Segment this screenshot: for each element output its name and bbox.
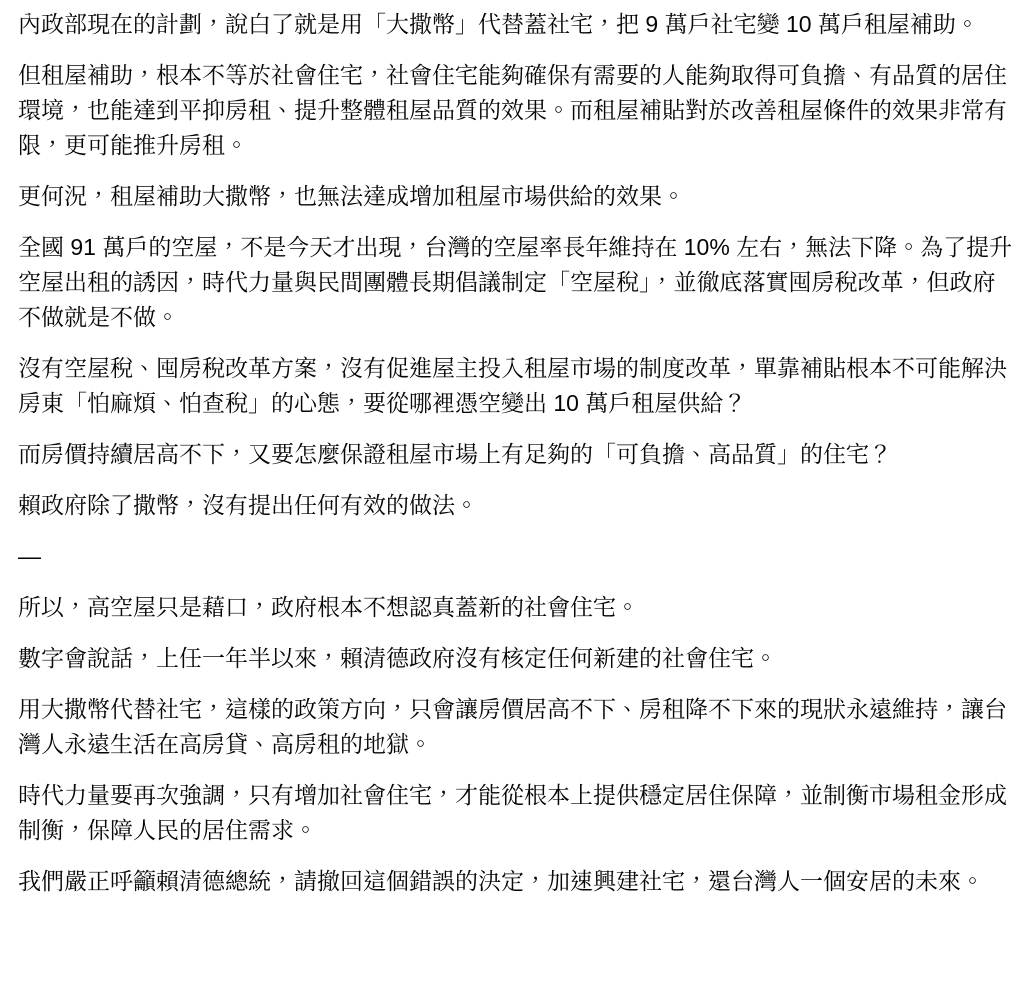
- paragraph: 更何況，租屋補助大撒幣，也無法達成增加租屋市場供給的效果。: [18, 179, 1014, 214]
- post-body: 內政部現在的計劃，說白了就是用「大撒幣」代替蓋社宅，把 9 萬戶社宅變 10 萬…: [0, 0, 1032, 909]
- paragraph: 內政部現在的計劃，說白了就是用「大撒幣」代替蓋社宅，把 9 萬戶社宅變 10 萬…: [18, 7, 1014, 42]
- paragraph: 全國 91 萬戶的空屋，不是今天才出現，台灣的空屋率長年維持在 10% 左右，無…: [18, 230, 1014, 335]
- paragraph: 數字會說話，上任一年半以來，賴清德政府沒有核定任何新建的社會住宅。: [18, 641, 1014, 676]
- paragraph: 所以，高空屋只是藉口，政府根本不想認真蓋新的社會住宅。: [18, 590, 1014, 625]
- paragraph: 賴政府除了撒幣，沒有提出任何有效的做法。: [18, 488, 1014, 523]
- paragraph: 而房價持續居高不下，又要怎麼保證租屋市場上有足夠的「可負擔、高品質」的住宅？: [18, 437, 1014, 472]
- paragraph: 但租屋補助，根本不等於社會住宅，社會住宅能夠確保有需要的人能夠取得可負擔、有品質…: [18, 58, 1014, 163]
- paragraph: 時代力量要再次強調，只有增加社會住宅，才能從根本上提供穩定居住保障，並制衡市場租…: [18, 778, 1014, 848]
- separator-dash: —: [18, 539, 1014, 574]
- paragraph: 用大撒幣代替社宅，這樣的政策方向，只會讓房價居高不下、房租降不下來的現狀永遠維持…: [18, 692, 1014, 762]
- paragraph: 我們嚴正呼籲賴清德總統，請撤回這個錯誤的決定，加速興建社宅，還台灣人一個安居的未…: [18, 864, 1014, 899]
- paragraph: 沒有空屋稅、囤房稅改革方案，沒有促進屋主投入租屋市場的制度改革，單靠補貼根本不可…: [18, 351, 1014, 421]
